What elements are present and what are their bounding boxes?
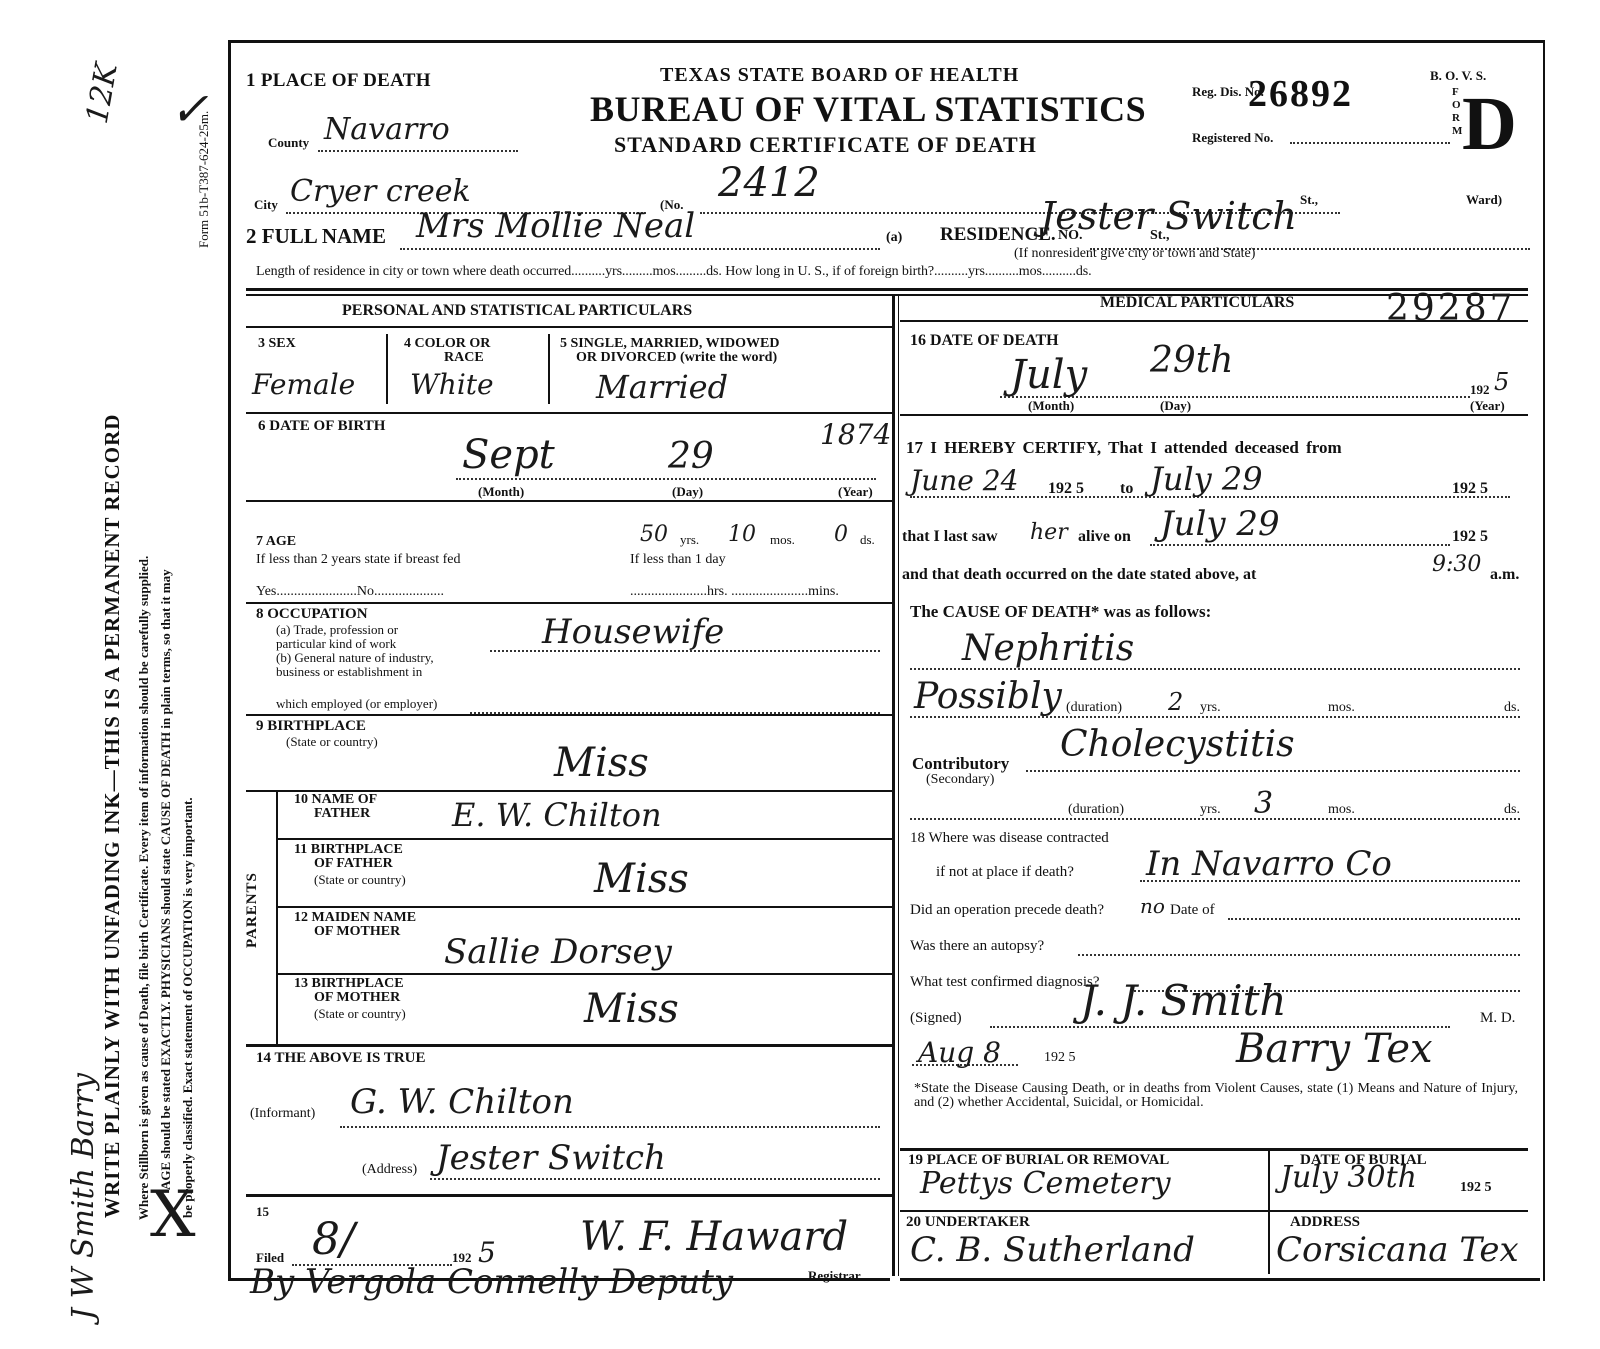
mother-label-2: OF MOTHER <box>314 924 400 940</box>
contrib-duration-ds-unit: ds. <box>1504 802 1520 818</box>
last-saw-pronoun: her <box>1030 520 1068 545</box>
race-value: White <box>410 368 494 401</box>
dob-year: 1874 <box>820 418 891 451</box>
county-label: County <box>268 135 309 151</box>
death-day: 29th <box>1150 340 1233 381</box>
death-month: July <box>1010 352 1087 398</box>
st-label: St., <box>1300 192 1318 208</box>
filed-date: 8/ <box>312 1214 355 1265</box>
form-number: Form 51b-T387-624-25m. <box>196 111 212 248</box>
race-label-2: RACE <box>444 350 484 366</box>
nonresident-note: (If nonresident give city or town and St… <box>1014 246 1255 262</box>
contrib-duration-label: (duration) <box>1068 802 1124 818</box>
age-label: 7 AGE <box>256 534 296 550</box>
dob-day: 29 <box>668 436 714 477</box>
birthplace-value: Miss <box>554 740 649 786</box>
cause-duration-years: 2 <box>1168 688 1183 716</box>
breast-fed-note: If less than 2 years state if breast fed <box>256 552 460 568</box>
attended-to-label: to <box>1120 480 1133 498</box>
md-label: M. D. <box>1480 1010 1515 1027</box>
signed-date: Aug 8 <box>918 1036 1001 1069</box>
death-year-suffix: 5 <box>1494 368 1509 396</box>
residence-value: Jester Switch <box>1040 194 1297 238</box>
death-time: 9:30 <box>1432 552 1481 577</box>
personal-section-title: PERSONAL AND STATISTICAL PARTICULARS <box>342 302 692 320</box>
operation-value: no <box>1140 894 1165 918</box>
contributory-cause: Cholecystitis <box>1060 724 1295 765</box>
dob-month: Sept <box>462 432 555 478</box>
sex-label: 3 SEX <box>258 336 296 352</box>
informant-name: G. W. Chilton <box>350 1082 574 1122</box>
age-days: 0 <box>834 522 848 547</box>
full-name-label: 2 FULL NAME <box>246 224 386 249</box>
date-of-death-label: 16 DATE OF DEATH <box>910 332 1059 350</box>
dob-label: 6 DATE OF BIRTH <box>258 418 385 435</box>
death-year-prefix: 192 <box>1470 382 1490 398</box>
attended-from-date: June 24 <box>910 464 1018 497</box>
place-of-death-label: 1 PLACE OF DEATH <box>246 70 431 92</box>
mother-birthplace: Miss <box>584 986 679 1032</box>
dob-month-caption: (Month) <box>478 484 524 500</box>
father-birthplace-label-3: (State or country) <box>314 872 406 888</box>
undertaker-name: C. B. Sutherland <box>910 1230 1195 1270</box>
burial-place: Pettys Cemetery <box>920 1166 1171 1201</box>
cause-duration-ds-unit: ds. <box>1504 700 1520 716</box>
cause-of-death-label: The CAUSE OF DEATH* was as follows: <box>910 602 1211 622</box>
footnote: *State the Disease Causing Death, or in … <box>914 1082 1518 1110</box>
x-mark-icon: X <box>150 1178 196 1252</box>
registered-label: Registered No. <box>1192 130 1273 146</box>
less-than-day-note: If less than 1 day <box>630 552 726 568</box>
cause-of-death: Nephritis <box>962 628 1134 669</box>
last-saw-date: July 29 <box>1160 504 1280 544</box>
date-of-label: Date of <box>1170 902 1215 919</box>
age-years: 50 <box>640 522 668 547</box>
father-label-2: FATHER <box>314 806 370 822</box>
cause-duration-label: (duration) <box>1066 700 1122 716</box>
age-mos-unit: mos. <box>770 532 795 548</box>
margin-handwritten-signature: J W Smith Barry <box>66 1073 101 1320</box>
autopsy-label: Was there an autopsy? <box>910 938 1044 955</box>
father-name: E. W. Chilton <box>452 796 662 834</box>
form-code: D <box>1462 86 1517 162</box>
margin-instruction-2: AGE should be stated EXACTLY. PHYSICIANS… <box>158 569 174 1190</box>
occupation-b-2: business or establishment in <box>276 664 422 680</box>
death-month-caption: (Month) <box>1028 398 1074 414</box>
marital-label-2: OR DIVORCED (write the word) <box>576 350 777 366</box>
birthplace-label: 9 BIRTHPLACE <box>256 718 366 735</box>
length-of-residence-line: Length of residence in city or town wher… <box>256 264 1092 280</box>
informant-address: Jester Switch <box>436 1138 666 1178</box>
undertaker-label: 20 UNDERTAKER <box>906 1214 1030 1231</box>
contrib-duration-mos-unit: mos. <box>1328 802 1355 818</box>
death-year-caption: (Year) <box>1470 398 1505 414</box>
last-saw-prefix: that I last saw <box>902 528 998 546</box>
attended-to-date: July 29 <box>1150 460 1263 498</box>
undertaker-address-label: ADDRESS <box>1290 1214 1360 1231</box>
mother-name: Sallie Dorsey <box>444 932 672 972</box>
signed-label: (Signed) <box>910 1010 962 1027</box>
registrar-label: Registrar. <box>808 1268 863 1284</box>
hrs-mins: ......................hrs. .............… <box>630 584 839 600</box>
time-suffix: a.m. <box>1490 566 1519 584</box>
reg-number: 26892 <box>1248 72 1353 116</box>
parents-label: PARENTS <box>244 872 261 948</box>
birthplace-sub-label: (State or country) <box>286 734 378 750</box>
above-true-label: 14 THE ABOVE IS TRUE <box>256 1050 426 1067</box>
disease-contracted: In Navarro Co <box>1146 844 1392 884</box>
death-occurred-statement: and that death occurred on the date stat… <box>902 566 1256 584</box>
physician-address-value: Barry Tex <box>1236 1026 1433 1072</box>
age-ds-unit: ds. <box>860 532 875 548</box>
age-months: 10 <box>728 522 756 547</box>
test-label: What test confirmed diagnosis? <box>910 974 1100 991</box>
cause-duration-yrs-unit: yrs. <box>1200 700 1221 716</box>
residence-label: RESIDENCE. <box>940 224 1056 246</box>
a-label: (a) <box>886 230 902 246</box>
contracted-label-1: 18 Where was disease contracted <box>910 830 1109 847</box>
city-label: City <box>254 197 278 213</box>
burial-date: July 30th <box>1280 1160 1417 1195</box>
city-value: Cryer creek <box>290 174 471 209</box>
operation-label: Did an operation precede death? <box>910 902 1104 919</box>
medical-section-title: MEDICAL PARTICULARS <box>1100 294 1294 312</box>
deputy-signature: By Vergola Connelly Deputy <box>250 1262 733 1302</box>
dob-day-caption: (Day) <box>672 484 703 500</box>
attended-to-year: 192 5 <box>1452 480 1488 498</box>
alive-on-label: alive on <box>1078 528 1131 546</box>
burial-year: 192 5 <box>1460 1180 1492 1196</box>
registrar-signature: W. F. Haward <box>580 1214 848 1260</box>
signed-year: 192 5 <box>1044 1050 1076 1066</box>
dob-year-caption: (Year) <box>838 484 873 500</box>
cause-qualifier: Possibly <box>914 676 1062 717</box>
informant-address-label: (Address) <box>362 1162 417 1178</box>
contracted-label-2: if not at place if death? <box>936 864 1074 881</box>
form-letters: FORM <box>1452 86 1462 138</box>
contrib-duration-months: 3 <box>1254 786 1273 821</box>
physician-signature: J. J. Smith <box>1080 976 1287 1025</box>
margin-instruction-3: be properly classified. Exact statement … <box>180 797 196 1218</box>
margin-instruction-1: Where Stillborn is given as cause of Dea… <box>136 556 152 1220</box>
certify-statement: 17 I HEREBY CERTIFY, That I attended dec… <box>906 438 1342 458</box>
informant-label: (Informant) <box>250 1106 315 1122</box>
stamp-number: 29287 <box>1386 288 1516 329</box>
ward-label: Ward) <box>1466 192 1502 208</box>
cause-duration-mos-unit: mos. <box>1328 700 1355 716</box>
father-birthplace: Miss <box>594 856 689 902</box>
contributory-label: Contributory <box>912 754 1009 774</box>
street-no-value: 2412 <box>718 160 820 206</box>
sex-value: Female <box>252 368 355 401</box>
full-name-value: Mrs Mollie Neal <box>416 206 695 246</box>
occupation-value: Housewife <box>542 612 724 652</box>
occupation-label: 8 OCCUPATION <box>256 606 368 623</box>
undertaker-address: Corsicana Tex <box>1276 1230 1519 1270</box>
age-yrs-unit: yrs. <box>680 532 699 548</box>
filed-number: 15 <box>256 1204 269 1220</box>
board-title: TEXAS STATE BOARD OF HEALTH <box>660 64 1019 87</box>
certificate-title: STANDARD CERTIFICATE OF DEATH <box>614 132 1037 158</box>
occupation-b-3: which employed (or employer) <box>276 696 437 712</box>
father-birthplace-label-2: OF FATHER <box>314 856 393 872</box>
contrib-duration-yrs-unit: yrs. <box>1200 802 1221 818</box>
last-saw-year: 192 5 <box>1452 528 1488 546</box>
mother-birthplace-label-2: OF MOTHER <box>314 990 400 1006</box>
attended-from-year: 192 5 <box>1048 480 1084 498</box>
bureau-title: BUREAU OF VITAL STATISTICS <box>590 88 1146 130</box>
death-day-caption: (Day) <box>1160 398 1191 414</box>
breast-fed-yes-no: Yes.......................No............… <box>256 584 444 600</box>
county-value: Navarro <box>324 112 450 147</box>
mother-birthplace-label-3: (State or country) <box>314 1006 406 1022</box>
secondary-label: (Secondary) <box>926 772 994 788</box>
marital-value: Married <box>596 368 728 406</box>
permanent-record-banner: WRITE PLAINLY WITH UNFADING INK—THIS IS … <box>100 48 125 1218</box>
